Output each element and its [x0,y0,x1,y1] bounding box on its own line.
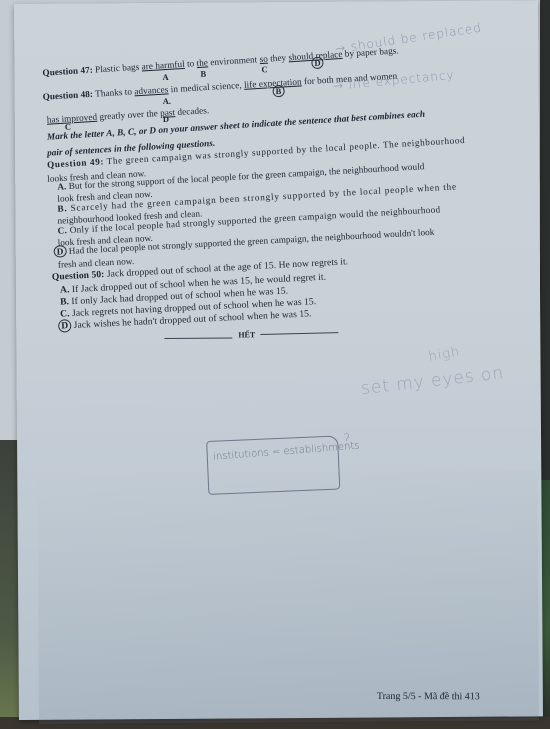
q47-letter-a: A [162,72,168,82]
q47-letter-b: B [200,69,206,79]
exam-page: Question 47: Plastic bags are harmful to… [14,0,543,720]
page-footer: Trang 5/5 - Mã đề thi 413 [377,691,480,702]
handwritten-question-mark: ? [343,432,352,448]
handwritten-note-high: high [427,344,461,365]
q48-letter-b-circled: B [273,85,285,97]
q47-letter-d-circled: D [311,57,323,69]
q47-letter-c: C [261,64,267,74]
q48-letter-d: D [163,114,169,124]
handwritten-note-q47: → should be replaced [334,20,483,56]
end-marker: HẾT [238,330,255,339]
handwritten-note-set-my-eyes-on: set my eyes on [360,363,505,399]
end-rule-left [164,337,232,338]
q48-letter-a: A. [163,96,171,106]
end-rule-right [260,332,338,335]
